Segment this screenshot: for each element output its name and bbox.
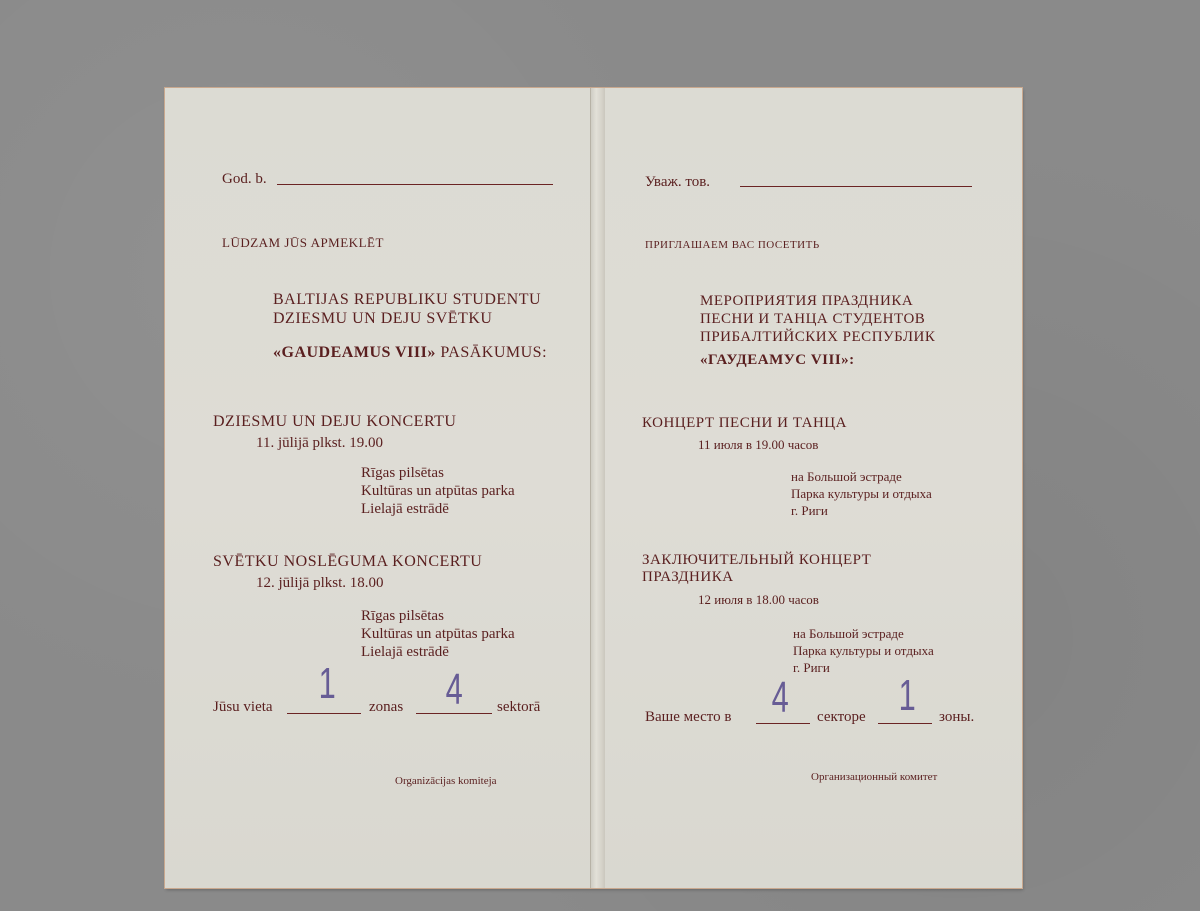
invite-line: ПРИГЛАШАЕМ ВАС ПОСЕТИТЬ [645,240,820,251]
sector-stamp: 4 [772,676,789,720]
salutation: God. b. [222,172,267,187]
zone-stamp: 1 [899,674,916,718]
venue-line: на Большой эстраде [791,470,902,483]
left-panel-latvian: God. b. LŪDZAM JŪS APMEKLĒT BALTIJAS REP… [165,88,590,888]
venue-line: Kultūras un atpūtas parka [361,627,515,642]
venue-line: Rīgas pilsētas [361,466,444,481]
venue-line: г. Риги [793,661,830,674]
venue-line: Rīgas pilsētas [361,609,444,624]
salutation: Уваж. тов. [645,175,710,190]
venue-line: Lielajā estrādē [361,502,449,517]
title-line: BALTIJAS REPUBLIKU STUDENTU [273,292,541,308]
event-name: DZIESMU UN DEJU KONCERTU [213,414,456,430]
festival-name: «ГАУДЕАМУС VIII»: [700,353,855,368]
festival-suffix: PASĀKUMUS: [436,344,547,361]
venue-line: Kultūras un atpūtas parka [361,484,515,499]
name-line [740,186,972,187]
signature: Organizācijas komiteja [395,776,497,787]
title-line: ПЕСНИ И ТАНЦА СТУДЕНТОВ [700,312,925,327]
event-name: SVĒTKU NOSLĒGUMA KONCERTU [213,554,482,570]
event-datetime: 12 июля в 18.00 часов [698,593,819,606]
event-datetime: 11. jūlijā plkst. 19.00 [256,436,383,451]
zone-label: zonas [369,700,403,715]
sector-blank [756,723,810,724]
festival-name: «GAUDEAMUS VIII» [273,344,436,361]
venue-line: на Большой эстраде [793,627,904,640]
seat-label: Jūsu vieta [213,700,273,715]
event-name: ЗАКЛЮЧИТЕЛЬНЫЙ КОНЦЕРТ [642,553,871,568]
zone-blank [878,723,932,724]
invite-line: LŪDZAM JŪS APMEKLĒT [222,236,384,249]
seat-blank [287,713,361,714]
event-name: КОНЦЕРТ ПЕСНИ И ТАНЦА [642,416,847,431]
event-datetime: 12. jūlijā plkst. 18.00 [256,576,384,591]
right-panel-russian: Уваж. тов. ПРИГЛАШАЕМ ВАС ПОСЕТИТЬ МЕРОП… [605,88,1022,888]
title-line: ПРИБАЛТИЙСКИХ РЕСПУБЛИК [700,330,935,345]
title-line: DZIESMU UN DEJU SVĒTKU [273,311,492,327]
festival-line: «GAUDEAMUS VIII» PASĀKUMUS: [273,345,547,361]
venue-line: Парка культуры и отдыха [791,487,932,500]
venue-line: Парка культуры и отдыха [793,644,934,657]
event-datetime: 11 июля в 19.00 часов [698,438,818,451]
zone-label: зоны. [939,710,974,725]
seat-label: Ваше место в [645,710,732,725]
invitation-card: God. b. LŪDZAM JŪS APMEKLĒT BALTIJAS REP… [165,88,1022,888]
event-name: ПРАЗДНИКА [642,570,734,585]
venue-line: г. Риги [791,504,828,517]
venue-line: Lielajā estrādē [361,645,449,660]
sector-label: sektorā [497,700,540,715]
name-line [277,184,553,185]
zone-stamp: 4 [446,668,463,712]
seat-stamp: 1 [319,662,336,706]
sector-label: секторе [817,710,866,725]
title-line: МЕРОПРИЯТИЯ ПРАЗДНИКА [700,294,913,309]
signature: Организационный комитет [811,772,937,783]
